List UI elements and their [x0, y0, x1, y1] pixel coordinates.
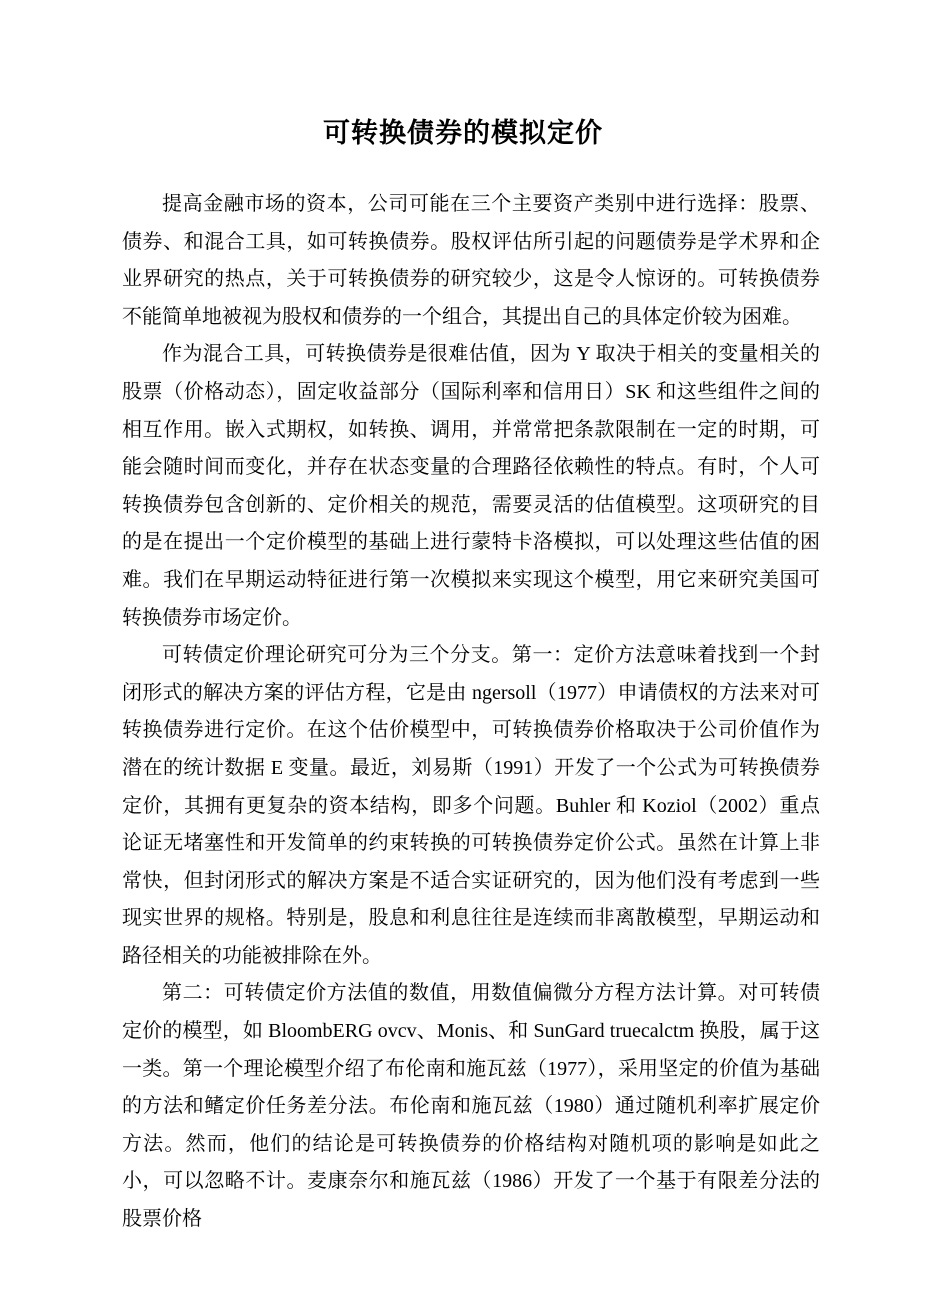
page-title: 可转换债券的模拟定价 — [0, 0, 926, 152]
document-body: 提高金融市场的资本，公司可能在三个主要资产类别中进行选择：股票、债券、和混合工具… — [0, 186, 926, 1239]
document-page: 可转换债券的模拟定价 提高金融市场的资本，公司可能在三个主要资产类别中进行选择：… — [0, 0, 926, 1309]
paragraph: 提高金融市场的资本，公司可能在三个主要资产类别中进行选择：股票、债券、和混合工具… — [122, 186, 820, 336]
paragraph: 可转债定价理论研究可分为三个分支。第一：定价方法意味着找到一个封闭形式的解决方案… — [122, 637, 820, 975]
paragraph: 作为混合工具，可转换债券是很难估值，因为 Y 取决于相关的变量相关的股票（价格动… — [122, 336, 820, 637]
paragraph: 第二：可转债定价方法值的数值，用数值偏微分方程方法计算。对可转债定价的模型，如 … — [122, 975, 820, 1238]
